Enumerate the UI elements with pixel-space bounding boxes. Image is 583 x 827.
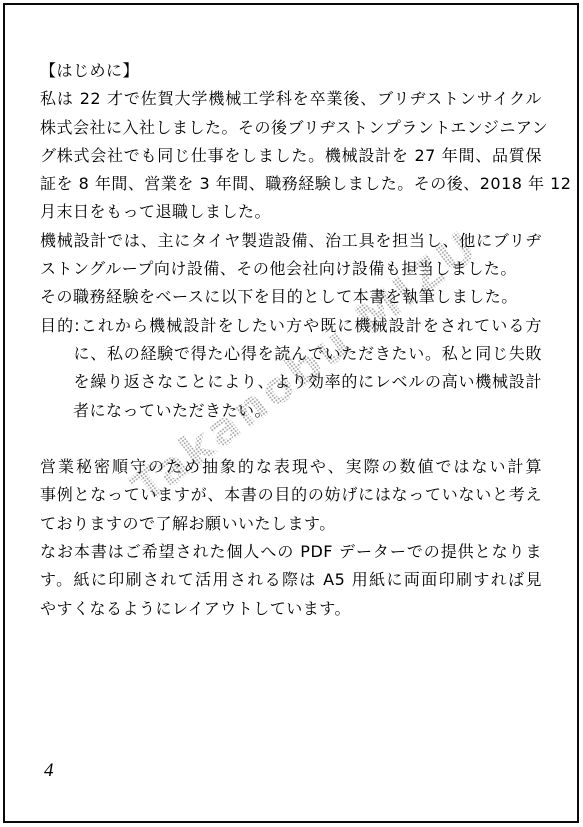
text-line: ストングループ向け設備、その他会社向け設備も担当しました。 bbox=[40, 255, 542, 283]
text-line: なお本書はご希望された個人への PDF データーでの提供となりま bbox=[40, 538, 542, 566]
text-line: す。紙に印刷されて活用される際は A5 用紙に両面印刷すれば見 bbox=[40, 566, 542, 594]
text-line: 機械設計では、主にタイヤ製造設備、治工具を担当し、他にブリヂ bbox=[40, 227, 542, 255]
text-line: 株式会社に入社しました。その後ブリヂストンプラントエンジニアン bbox=[40, 114, 542, 142]
text-line bbox=[40, 425, 542, 453]
text-line: を繰り返さなことにより、より効率的にレベルの高い機械設計 bbox=[40, 368, 542, 396]
text-line: 月末日をもって退職しました。 bbox=[40, 198, 542, 226]
text-line: グ株式会社でも同じ仕事をしました。機械設計を 27 年間、品質保 bbox=[40, 142, 542, 170]
text-line: ておりますので了解お願いいたします。 bbox=[40, 510, 542, 538]
text-line: 目的:これから機械設計をしたい方や既に機械設計をされている方 bbox=[40, 312, 542, 340]
text-line: 証を 8 年間、営業を 3 年間、職務経験しました。その後、2018 年 12 bbox=[40, 170, 542, 198]
section-heading: 【はじめに】 bbox=[40, 57, 542, 85]
text-line: に、私の経験で得た心得を読んでいただきたい。私と同じ失敗 bbox=[40, 340, 542, 368]
text-line: 者になっていただきたい。 bbox=[40, 397, 542, 425]
text-line: やすくなるようにレイアウトしています。 bbox=[40, 595, 542, 623]
body-text: 【はじめに】 私は 22 才で佐賀大学機械工学科を卒業後、ブリヂストンサイクル株… bbox=[40, 57, 542, 623]
text-line: その職務経験をベースに以下を目的として本書を執筆しました。 bbox=[40, 283, 542, 311]
document-page: Takanobu MIZU 【はじめに】 私は 22 才で佐賀大学機械工学科を卒… bbox=[0, 0, 583, 827]
text-line: 事例となっていますが、本書の目的の妨げにはなっていないと考え bbox=[40, 481, 542, 509]
text-line: 私は 22 才で佐賀大学機械工学科を卒業後、ブリヂストンサイクル bbox=[40, 85, 542, 113]
page-number: 4 bbox=[44, 760, 54, 782]
paragraph-lines: 私は 22 才で佐賀大学機械工学科を卒業後、ブリヂストンサイクル株式会社に入社し… bbox=[40, 85, 542, 623]
text-line: 営業秘密順守のため抽象的な表現や、実際の数値ではない計算 bbox=[40, 453, 542, 481]
